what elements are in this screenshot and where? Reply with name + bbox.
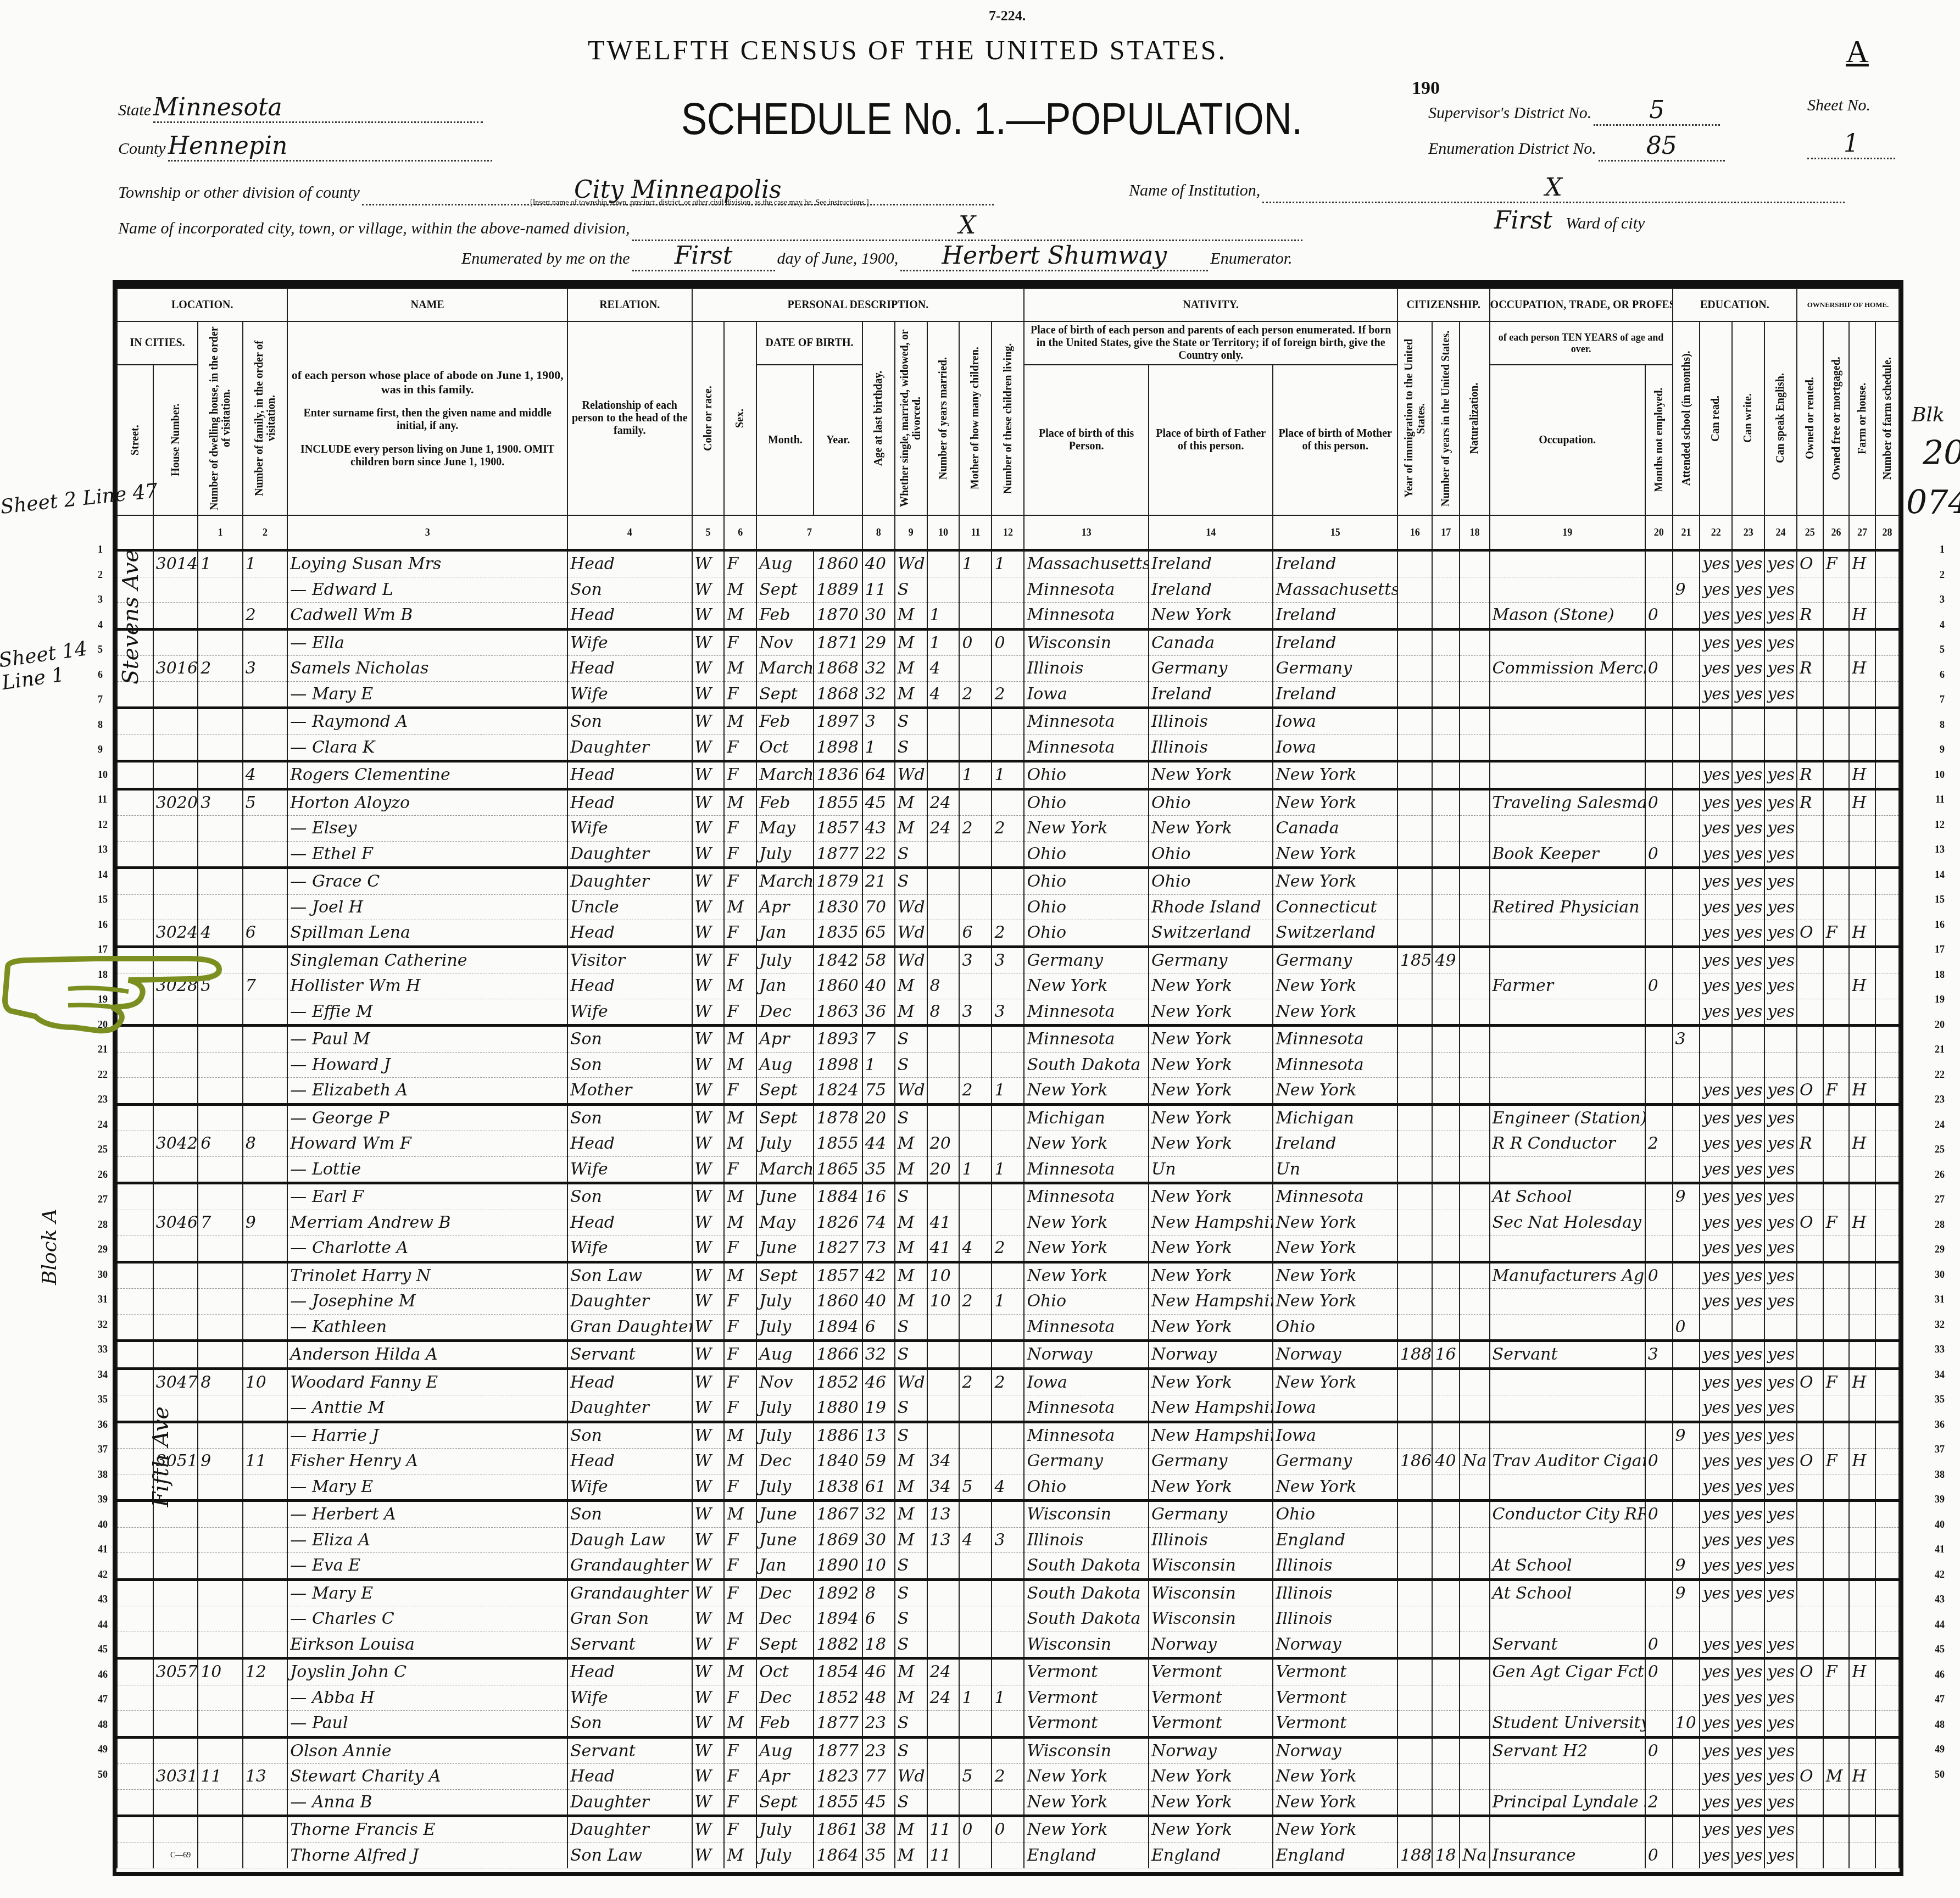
months-unemployed: 0 [1645, 1843, 1673, 1868]
mother-birthplace: New York [1273, 1368, 1397, 1395]
children-born: 2 [959, 1368, 992, 1395]
line-number: 25 [98, 1144, 108, 1155]
person-name: — Eva E [287, 1553, 567, 1580]
name-instructions: of each person whose place of abode on J… [287, 321, 567, 515]
marital-status: Wd [895, 1764, 927, 1790]
line-number: 24 [1935, 1119, 1945, 1131]
children-living [992, 1131, 1024, 1157]
birthplace: Minnesota [1024, 1422, 1149, 1449]
dwelling-number [198, 1527, 243, 1553]
farm-house [1849, 681, 1875, 708]
immigration-year [1397, 1052, 1432, 1078]
relation: Visitor [567, 947, 692, 973]
father-birthplace: Ohio [1149, 841, 1273, 868]
line-number: 27 [98, 1194, 108, 1205]
birth-month: July [756, 1422, 814, 1449]
col-house-number: House Number. [153, 365, 198, 515]
years-in-us [1432, 1501, 1460, 1528]
father-birthplace: New Hampshire [1149, 1395, 1273, 1422]
owned-rented [1797, 816, 1823, 842]
months-unemployed [1645, 734, 1673, 761]
owned-rented [1797, 1579, 1823, 1606]
birth-year: 1865 [814, 1156, 862, 1183]
birthplace: Wisconsin [1024, 1501, 1149, 1528]
birth-month: July [756, 1289, 814, 1315]
free-mortgaged [1823, 1235, 1850, 1262]
can-read: yes [1700, 761, 1732, 789]
incorporated-field: Name of incorporated city, town, or vill… [118, 211, 1612, 241]
occupation [1490, 1606, 1645, 1632]
farm-house [1849, 1235, 1875, 1262]
sex: M [724, 1658, 756, 1685]
house-number [153, 841, 198, 868]
birthplace: South Dakota [1024, 1553, 1149, 1580]
age: 77 [862, 1764, 895, 1790]
age: 40 [862, 550, 895, 577]
years-in-us [1432, 656, 1460, 682]
person-name: — Charles C [287, 1606, 567, 1632]
children-living: 1 [992, 1078, 1024, 1105]
line-number: 28 [1935, 1219, 1945, 1231]
line-number: 45 [1935, 1644, 1945, 1655]
marital-status: S [895, 1052, 927, 1078]
immigration-year [1397, 973, 1432, 999]
can-write: yes [1732, 999, 1764, 1026]
naturalization [1460, 973, 1489, 999]
house-number [153, 577, 198, 603]
relation: Daughter [567, 1789, 692, 1816]
census-row: 3046 7 9 Merriam Andrew B Head W M May 1… [117, 1210, 1899, 1235]
free-mortgaged: F [1823, 1078, 1850, 1105]
can-write [1732, 1026, 1764, 1053]
free-mortgaged [1823, 1183, 1850, 1210]
years-married: 24 [927, 789, 960, 816]
census-row: — Mary E Grandaughter W F Dec 1892 8 S S… [117, 1579, 1899, 1606]
age: 48 [862, 1685, 895, 1711]
birth-month: March [756, 761, 814, 789]
mother-birthplace: New York [1273, 1474, 1397, 1501]
colnum: 13 [1024, 515, 1149, 550]
farm-house: H [1849, 761, 1875, 789]
mother-birthplace: New York [1273, 868, 1397, 895]
immigration-year: 1851 [1397, 947, 1432, 973]
naturalization [1460, 577, 1489, 603]
farm-schedule [1875, 1843, 1899, 1868]
person-name: Singleman Catherine [287, 947, 567, 973]
father-birthplace: New York [1149, 1052, 1273, 1078]
col-farm-house: Farm or house. [1849, 321, 1875, 515]
family-number [243, 1395, 288, 1422]
sex: M [724, 1422, 756, 1449]
father-birthplace: Vermont [1149, 1658, 1273, 1685]
person-name: — Abba H [287, 1685, 567, 1711]
years-married: 4 [927, 656, 960, 682]
school-months [1673, 1816, 1700, 1843]
birthplace: New York [1024, 816, 1149, 842]
colnum: 28 [1875, 515, 1899, 550]
house-number: 3020 [153, 789, 198, 816]
years-married [927, 1104, 960, 1131]
marital-status: S [895, 1579, 927, 1606]
institution-field: Name of Institution, X [1129, 174, 1909, 203]
years-married [927, 1422, 960, 1449]
mother-birthplace: New York [1273, 999, 1397, 1026]
person-name: — Anna B [287, 1789, 567, 1816]
census-row: 3047 8 10 Woodard Fanny E Head W F Nov 1… [117, 1368, 1899, 1395]
farm-schedule [1875, 1131, 1899, 1157]
children-living [992, 841, 1024, 868]
children-born: 2 [959, 1289, 992, 1315]
sex: F [724, 841, 756, 868]
relation: Son Law [567, 1843, 692, 1868]
naturalization [1460, 789, 1489, 816]
naturalization [1460, 550, 1489, 577]
line-number: 40 [98, 1519, 108, 1530]
farm-schedule [1875, 1501, 1899, 1528]
birth-month: Jan [756, 920, 814, 947]
birth-month: July [756, 1843, 814, 1868]
children-living [992, 603, 1024, 630]
farm-house [1849, 841, 1875, 868]
family-number [243, 816, 288, 842]
occupation [1490, 1764, 1645, 1790]
age: 29 [862, 629, 895, 656]
age: 45 [862, 1789, 895, 1816]
children-living: 3 [992, 947, 1024, 973]
months-unemployed [1645, 894, 1673, 920]
naturalization [1460, 1235, 1489, 1262]
can-speak-english: yes [1764, 1210, 1797, 1235]
census-row: — Eliza A Daugh Law W F June 1869 30 M 1… [117, 1527, 1899, 1553]
can-write: yes [1732, 816, 1764, 842]
colnum: 4 [567, 515, 692, 550]
birth-month: Oct [756, 734, 814, 761]
person-name: — Herbert A [287, 1501, 567, 1528]
marital-status: M [895, 681, 927, 708]
children-living [992, 1422, 1024, 1449]
naturalization [1460, 1789, 1489, 1816]
mother-birthplace: New York [1273, 789, 1397, 816]
can-read: yes [1700, 1474, 1732, 1501]
owned-rented [1797, 1711, 1823, 1738]
census-row: — Mary E Wife W F Sept 1868 32 M 4 2 2 I… [117, 681, 1899, 708]
line-number: 26 [98, 1169, 108, 1181]
census-row: Thorne Francis E Daughter W F July 1861 … [117, 1816, 1899, 1843]
father-birthplace: New York [1149, 999, 1273, 1026]
in-cities-header: IN CITIES. [117, 321, 198, 365]
farm-house [1849, 1632, 1875, 1658]
age: 43 [862, 816, 895, 842]
can-write: yes [1732, 1156, 1764, 1183]
school-months [1673, 629, 1700, 656]
birth-year: 1864 [814, 1843, 862, 1868]
birth-month: Feb [756, 1711, 814, 1738]
birthplace: Michigan [1024, 1104, 1149, 1131]
farm-schedule [1875, 1183, 1899, 1210]
dwelling-number [198, 841, 243, 868]
line-number: 24 [98, 1119, 108, 1131]
children-born [959, 1606, 992, 1632]
farm-house [1849, 708, 1875, 735]
children-born [959, 789, 992, 816]
farm-house [1849, 1843, 1875, 1868]
line-number: 7 [1940, 694, 1945, 705]
pointing-hand-icon [2, 945, 233, 1038]
years-in-us [1432, 1632, 1460, 1658]
school-months [1673, 1606, 1700, 1632]
years-married [927, 1764, 960, 1790]
age: 58 [862, 947, 895, 973]
sex: F [724, 947, 756, 973]
owned-rented [1797, 1843, 1823, 1868]
colnum: 9 [895, 515, 927, 550]
birth-month: Dec [756, 1579, 814, 1606]
census-row: — Earl F Son W M June 1884 16 S Minnesot… [117, 1183, 1899, 1210]
relation: Son [567, 708, 692, 735]
supervisor-value: 5 [1594, 96, 1720, 126]
census-row: — Howard J Son W M Aug 1898 1 S South Da… [117, 1052, 1899, 1078]
owned-rented [1797, 1026, 1823, 1053]
form-number: 7-224. [989, 8, 1026, 24]
family-number [243, 841, 288, 868]
street [117, 1235, 153, 1262]
can-read [1700, 734, 1732, 761]
line-number: 3 [1940, 594, 1945, 605]
school-months [1673, 1685, 1700, 1711]
street [117, 1262, 153, 1289]
relation: Son [567, 1711, 692, 1738]
person-name: — Effie M [287, 999, 567, 1026]
children-born [959, 1131, 992, 1157]
sheet-label: Sheet No. [1807, 96, 1870, 114]
father-birthplace: Canada [1149, 629, 1273, 656]
children-living [992, 1711, 1024, 1738]
owned-rented [1797, 1737, 1823, 1764]
years-married [927, 761, 960, 789]
age: 32 [862, 656, 895, 682]
children-living: 1 [992, 1156, 1024, 1183]
race: W [692, 1501, 725, 1528]
can-write: yes [1732, 1579, 1764, 1606]
marital-status: M [895, 816, 927, 842]
birth-month: July [756, 1314, 814, 1341]
occupation: Student University [1490, 1711, 1645, 1738]
census-row: — Ella Wife W F Nov 1871 29 M 1 0 0 Wisc… [117, 629, 1899, 656]
col-school: Attended school (in months). [1673, 321, 1700, 515]
children-born: 1 [959, 1156, 992, 1183]
birth-month: July [756, 1816, 814, 1843]
age: 16 [862, 1183, 895, 1210]
mother-birthplace: Minnesota [1273, 1026, 1397, 1053]
years-in-us [1432, 1104, 1460, 1131]
can-read: yes [1700, 1553, 1732, 1580]
sheet-field: Sheet No. [1807, 96, 1870, 115]
house-number [153, 816, 198, 842]
immigration-year [1397, 894, 1432, 920]
marital-status: M [895, 1156, 927, 1183]
can-speak-english: yes [1764, 1764, 1797, 1790]
months-unemployed [1645, 1816, 1673, 1843]
can-read: yes [1700, 1764, 1732, 1790]
family-number: 4 [243, 761, 288, 789]
dwelling-number: 6 [198, 1131, 243, 1157]
birth-year: 1823 [814, 1764, 862, 1790]
sex: M [724, 1026, 756, 1053]
family-number [243, 999, 288, 1026]
months-unemployed: 2 [1645, 1131, 1673, 1157]
children-born: 6 [959, 920, 992, 947]
birthplace: Vermont [1024, 1658, 1149, 1685]
person-name: Spillman Lena [287, 920, 567, 947]
immigration-year [1397, 1474, 1432, 1501]
birthplace: Ohio [1024, 789, 1149, 816]
farm-house [1849, 1341, 1875, 1369]
relation: Head [567, 920, 692, 947]
children-born [959, 1737, 992, 1764]
can-speak-english: yes [1764, 1553, 1797, 1580]
children-living [992, 1553, 1024, 1580]
age: 46 [862, 1658, 895, 1685]
age: 75 [862, 1078, 895, 1105]
free-mortgaged [1823, 1341, 1850, 1369]
relation: Servant [567, 1341, 692, 1369]
owned-rented [1797, 1632, 1823, 1658]
census-row: Thorne Alfred J Son Law W M July 1864 35… [117, 1843, 1899, 1868]
family-number [243, 1289, 288, 1315]
can-read: yes [1700, 1235, 1732, 1262]
occupation [1490, 681, 1645, 708]
birth-year: 1860 [814, 550, 862, 577]
months-unemployed [1645, 1104, 1673, 1131]
birthplace: Wisconsin [1024, 1632, 1149, 1658]
can-read: yes [1700, 1210, 1732, 1235]
months-unemployed: 0 [1645, 1501, 1673, 1528]
family-number: 8 [243, 1131, 288, 1157]
occupation [1490, 761, 1645, 789]
naturalization [1460, 761, 1489, 789]
birth-year: 1857 [814, 816, 862, 842]
population-schedule-table: LOCATION. NAME RELATION. PERSONAL DESCRI… [113, 280, 1903, 1876]
owned-rented [1797, 734, 1823, 761]
line-number: 11 [98, 794, 107, 805]
census-row: — Paul Son W M Feb 1877 23 S Vermont Ver… [117, 1711, 1899, 1738]
street [117, 1579, 153, 1606]
line-number: 4 [98, 619, 103, 631]
street [117, 1078, 153, 1105]
race: W [692, 1078, 725, 1105]
farm-house [1849, 1026, 1875, 1053]
birth-month: July [756, 1474, 814, 1501]
line-number: 30 [98, 1269, 108, 1281]
birthplace: Minnesota [1024, 734, 1149, 761]
can-speak-english: yes [1764, 1449, 1797, 1474]
race: W [692, 1527, 725, 1553]
dwelling-number: 4 [198, 920, 243, 947]
school-months: 9 [1673, 577, 1700, 603]
sex: M [724, 1262, 756, 1289]
can-read: yes [1700, 550, 1732, 577]
years-married: 13 [927, 1527, 960, 1553]
school-months: 0 [1673, 1314, 1700, 1341]
naturalization: Na [1460, 1449, 1489, 1474]
can-write: yes [1732, 1553, 1764, 1580]
line-number: 10 [1935, 769, 1945, 781]
sex: F [724, 681, 756, 708]
occupation: Mason (Stone) [1490, 603, 1645, 630]
farm-house [1849, 1606, 1875, 1632]
can-speak-english: yes [1764, 816, 1797, 842]
father-birthplace: New York [1149, 1262, 1273, 1289]
census-row: — Joel H Uncle W M Apr 1830 70 Wd Ohio R… [117, 894, 1899, 920]
mother-birthplace: Ohio [1273, 1314, 1397, 1341]
county-label: County [118, 140, 166, 158]
farm-schedule [1875, 1341, 1899, 1369]
can-write: yes [1732, 1078, 1764, 1105]
house-number [153, 629, 198, 656]
children-living [992, 577, 1024, 603]
birth-month: Dec [756, 1606, 814, 1632]
can-read: yes [1700, 894, 1732, 920]
age: 73 [862, 1235, 895, 1262]
age: 13 [862, 1422, 895, 1449]
occupation [1490, 1816, 1645, 1843]
line-number: 17 [1935, 944, 1945, 955]
immigration-year [1397, 656, 1432, 682]
age: 6 [862, 1314, 895, 1341]
immigration-year [1397, 1816, 1432, 1843]
birth-month: Aug [756, 550, 814, 577]
family-number [243, 1235, 288, 1262]
line-number: 34 [98, 1369, 108, 1381]
age: 74 [862, 1210, 895, 1235]
mother-birthplace: New York [1273, 761, 1397, 789]
months-unemployed: 0 [1645, 1262, 1673, 1289]
free-mortgaged [1823, 734, 1850, 761]
years-married: 24 [927, 1685, 960, 1711]
owned-rented [1797, 1156, 1823, 1183]
occupation: Servant H2 [1490, 1737, 1645, 1764]
naturalization [1460, 1553, 1489, 1580]
occupation: At School [1490, 1553, 1645, 1580]
incorporated-label: Name of incorporated city, town, or vill… [118, 219, 630, 237]
house-number [153, 1606, 198, 1632]
can-write: yes [1732, 1658, 1764, 1685]
naturalization [1460, 1685, 1489, 1711]
dwelling-number [198, 1104, 243, 1131]
years-in-us [1432, 681, 1460, 708]
years-in-us [1432, 1658, 1460, 1685]
person-name: Joyslin John C [287, 1658, 567, 1685]
relation: Son [567, 1422, 692, 1449]
farm-schedule [1875, 999, 1899, 1026]
relation: Mother [567, 1078, 692, 1105]
father-birthplace: Wisconsin [1149, 1553, 1273, 1580]
can-write: yes [1732, 681, 1764, 708]
line-number: 34 [1935, 1369, 1945, 1381]
can-write [1732, 734, 1764, 761]
can-write: yes [1732, 868, 1764, 895]
father-birthplace: Ohio [1149, 789, 1273, 816]
col-immigration: Year of immigration to the United States… [1397, 321, 1432, 515]
birthplace: Minnesota [1024, 999, 1149, 1026]
mother-birthplace: Vermont [1273, 1711, 1397, 1738]
sex: M [724, 1711, 756, 1738]
marital-status: M [895, 1262, 927, 1289]
relation: Wife [567, 1474, 692, 1501]
years-in-us [1432, 973, 1460, 999]
marital-status: M [895, 656, 927, 682]
years-married: 34 [927, 1474, 960, 1501]
